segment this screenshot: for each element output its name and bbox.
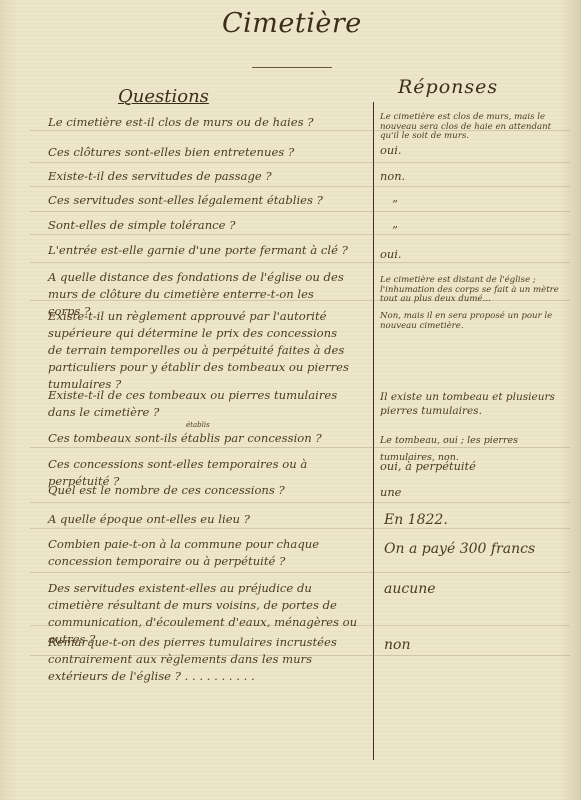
question-text: Existe-t-il un règlement approuvé par l'… <box>48 308 353 393</box>
ruled-line <box>30 572 570 573</box>
column-divider <box>373 102 374 760</box>
answer-text: On a payé 300 francs <box>384 541 574 558</box>
inserted-word: établis <box>186 421 210 429</box>
question-text: Sont-elles de simple tolérance ? <box>48 217 368 234</box>
answer-text: ” <box>392 222 581 239</box>
question-text: L'entrée est-elle garnie d'une porte fer… <box>48 242 368 259</box>
answer-text: aucune <box>384 581 574 598</box>
page-title: Cimetière <box>222 8 372 39</box>
answer-text: Le cimetière est clos de murs, mais le n… <box>380 113 570 142</box>
ruled-line <box>30 186 570 187</box>
ruled-line <box>30 162 570 163</box>
answer-text: oui. <box>380 142 570 159</box>
answer-text: non <box>384 637 574 654</box>
question-text: Ces clôtures sont-elles bien entretenues… <box>48 144 368 161</box>
answer-text: En 1822. <box>384 512 574 529</box>
questions-column-header: Questions <box>118 86 209 107</box>
title-underline <box>252 67 332 68</box>
answer-text: non. <box>380 168 570 185</box>
question-text: Remarque-t-on des pierres tumulaires inc… <box>48 634 348 685</box>
document-page: Cimetière Questions Réponses Le cimetièr… <box>0 0 581 800</box>
answer-text: Le cimetière est distant de l'église ; l… <box>380 276 570 305</box>
question-text: A quelle époque ont-elles eu lieu ? <box>48 511 368 528</box>
answer-text: ” <box>392 196 581 213</box>
question-text: Ces tombeaux sont-ils établis par conces… <box>48 430 368 447</box>
answers-column-header: Réponses <box>398 76 498 98</box>
question-text: Ces servitudes sont-elles légalement éta… <box>48 192 368 209</box>
question-text: Quel est le nombre de ces concessions ? <box>48 482 368 499</box>
ruled-line <box>30 502 570 503</box>
answer-text: Il existe un tombeau et plusieurs pierre… <box>380 390 570 418</box>
answer-text: oui, à perpétuité <box>380 458 570 475</box>
question-text: Le cimetière est-il clos de murs ou de h… <box>48 114 368 131</box>
question-text: Existe-t-il des servitudes de passage ? <box>48 168 368 185</box>
question-text: Combien paie-t-on à la commune pour chaq… <box>48 536 348 570</box>
question-text: Existe-t-il de ces tombeaux ou pierres t… <box>48 387 348 421</box>
answer-text: oui. <box>380 246 570 263</box>
answer-text: Non, mais il en sera proposé un pour le … <box>380 312 570 331</box>
answer-text: une <box>380 484 570 501</box>
